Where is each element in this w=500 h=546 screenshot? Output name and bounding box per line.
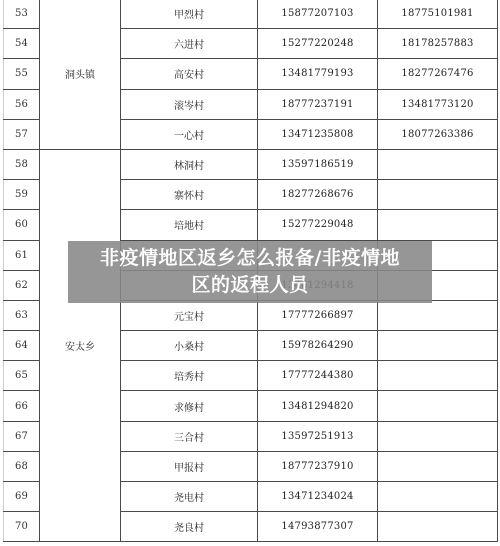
town-cell: 洞头镇 bbox=[40, 0, 121, 149]
village-cell: 甲报村 bbox=[121, 451, 258, 481]
phone-primary-cell: 18277268676 bbox=[258, 180, 378, 210]
row-index-cell: 70 bbox=[4, 512, 40, 542]
phone-primary-cell: 13481779193 bbox=[258, 59, 378, 89]
row-index-cell: 56 bbox=[4, 89, 40, 119]
phone-primary-cell: 13471235808 bbox=[258, 119, 378, 149]
row-index-cell: 57 bbox=[4, 119, 40, 149]
table-row: 58安太乡林洞村13597186519 bbox=[4, 149, 498, 179]
phone-secondary-cell: 18077263386 bbox=[378, 119, 498, 149]
phone-secondary-cell: 13481773120 bbox=[378, 89, 498, 119]
phone-secondary-cell: 18277267476 bbox=[378, 59, 498, 89]
row-index-cell: 63 bbox=[4, 300, 40, 330]
overlay-title-line-2: 区的返程人员 bbox=[191, 272, 308, 299]
town-cell: 安太乡 bbox=[40, 149, 121, 541]
phone-secondary-cell bbox=[378, 210, 498, 240]
phone-primary-cell: 13597186519 bbox=[258, 149, 378, 179]
row-index-cell: 60 bbox=[4, 210, 40, 240]
phone-primary-cell: 14793877307 bbox=[258, 512, 378, 542]
village-cell: 林洞村 bbox=[121, 149, 258, 179]
row-index-cell: 55 bbox=[4, 59, 40, 89]
phone-primary-cell: 15277220248 bbox=[258, 29, 378, 59]
village-cell: 培秀村 bbox=[121, 361, 258, 391]
village-cell: 高安村 bbox=[121, 59, 258, 89]
row-index-cell: 59 bbox=[4, 180, 40, 210]
phone-secondary-cell bbox=[378, 512, 498, 542]
row-index-cell: 65 bbox=[4, 361, 40, 391]
village-cell: 求修村 bbox=[121, 391, 258, 421]
village-cell: 一心村 bbox=[121, 119, 258, 149]
row-index-cell: 61 bbox=[4, 240, 40, 270]
phone-primary-cell: 13481294820 bbox=[258, 391, 378, 421]
phone-secondary-cell bbox=[378, 300, 498, 330]
phone-secondary-cell: 18775101981 bbox=[378, 0, 498, 29]
phone-primary-cell: 13471234024 bbox=[258, 482, 378, 512]
table-row: 53洞头镇甲烈村1587720710318775101981 bbox=[4, 0, 498, 29]
row-index-cell: 69 bbox=[4, 482, 40, 512]
village-cell: 培地村 bbox=[121, 210, 258, 240]
row-index-cell: 67 bbox=[4, 421, 40, 451]
row-index-cell: 64 bbox=[4, 331, 40, 361]
phone-secondary-cell bbox=[378, 331, 498, 361]
phone-secondary-cell bbox=[378, 421, 498, 451]
village-cell: 尧良村 bbox=[121, 512, 258, 542]
phone-secondary-cell bbox=[378, 482, 498, 512]
row-index-cell: 53 bbox=[4, 0, 40, 29]
phone-secondary-cell bbox=[378, 451, 498, 481]
phone-primary-cell: 15277229048 bbox=[258, 210, 378, 240]
village-cell: 三合村 bbox=[121, 421, 258, 451]
village-cell: 甲烈村 bbox=[121, 0, 258, 29]
village-cell: 六进村 bbox=[121, 29, 258, 59]
phone-secondary-cell bbox=[378, 391, 498, 421]
village-cell: 小桑村 bbox=[121, 331, 258, 361]
phone-primary-cell: 18777237910 bbox=[258, 451, 378, 481]
phone-primary-cell: 17777244380 bbox=[258, 361, 378, 391]
phone-secondary-cell bbox=[378, 149, 498, 179]
phone-primary-cell: 18777237191 bbox=[258, 89, 378, 119]
phone-primary-cell: 17777266897 bbox=[258, 300, 378, 330]
row-index-cell: 66 bbox=[4, 391, 40, 421]
row-index-cell: 58 bbox=[4, 149, 40, 179]
village-cell: 滚岑村 bbox=[121, 89, 258, 119]
row-index-cell: 62 bbox=[4, 270, 40, 300]
phone-secondary-cell: 18178257883 bbox=[378, 29, 498, 59]
row-index-cell: 68 bbox=[4, 451, 40, 481]
phone-secondary-cell bbox=[378, 180, 498, 210]
title-overlay-banner: 非疫情地区返乡怎么报备/非疫情地 区的返程人员 bbox=[68, 241, 432, 303]
phone-primary-cell: 15877207103 bbox=[258, 0, 378, 29]
row-index-cell: 54 bbox=[4, 29, 40, 59]
phone-primary-cell: 15978264290 bbox=[258, 331, 378, 361]
phone-primary-cell: 13597251913 bbox=[258, 421, 378, 451]
village-cell: 尧电村 bbox=[121, 482, 258, 512]
village-cell: 元宝村 bbox=[121, 300, 258, 330]
village-cell: 寨怀村 bbox=[121, 180, 258, 210]
overlay-title-line-1: 非疫情地区返乡怎么报备/非疫情地 bbox=[100, 245, 400, 272]
phone-secondary-cell bbox=[378, 361, 498, 391]
